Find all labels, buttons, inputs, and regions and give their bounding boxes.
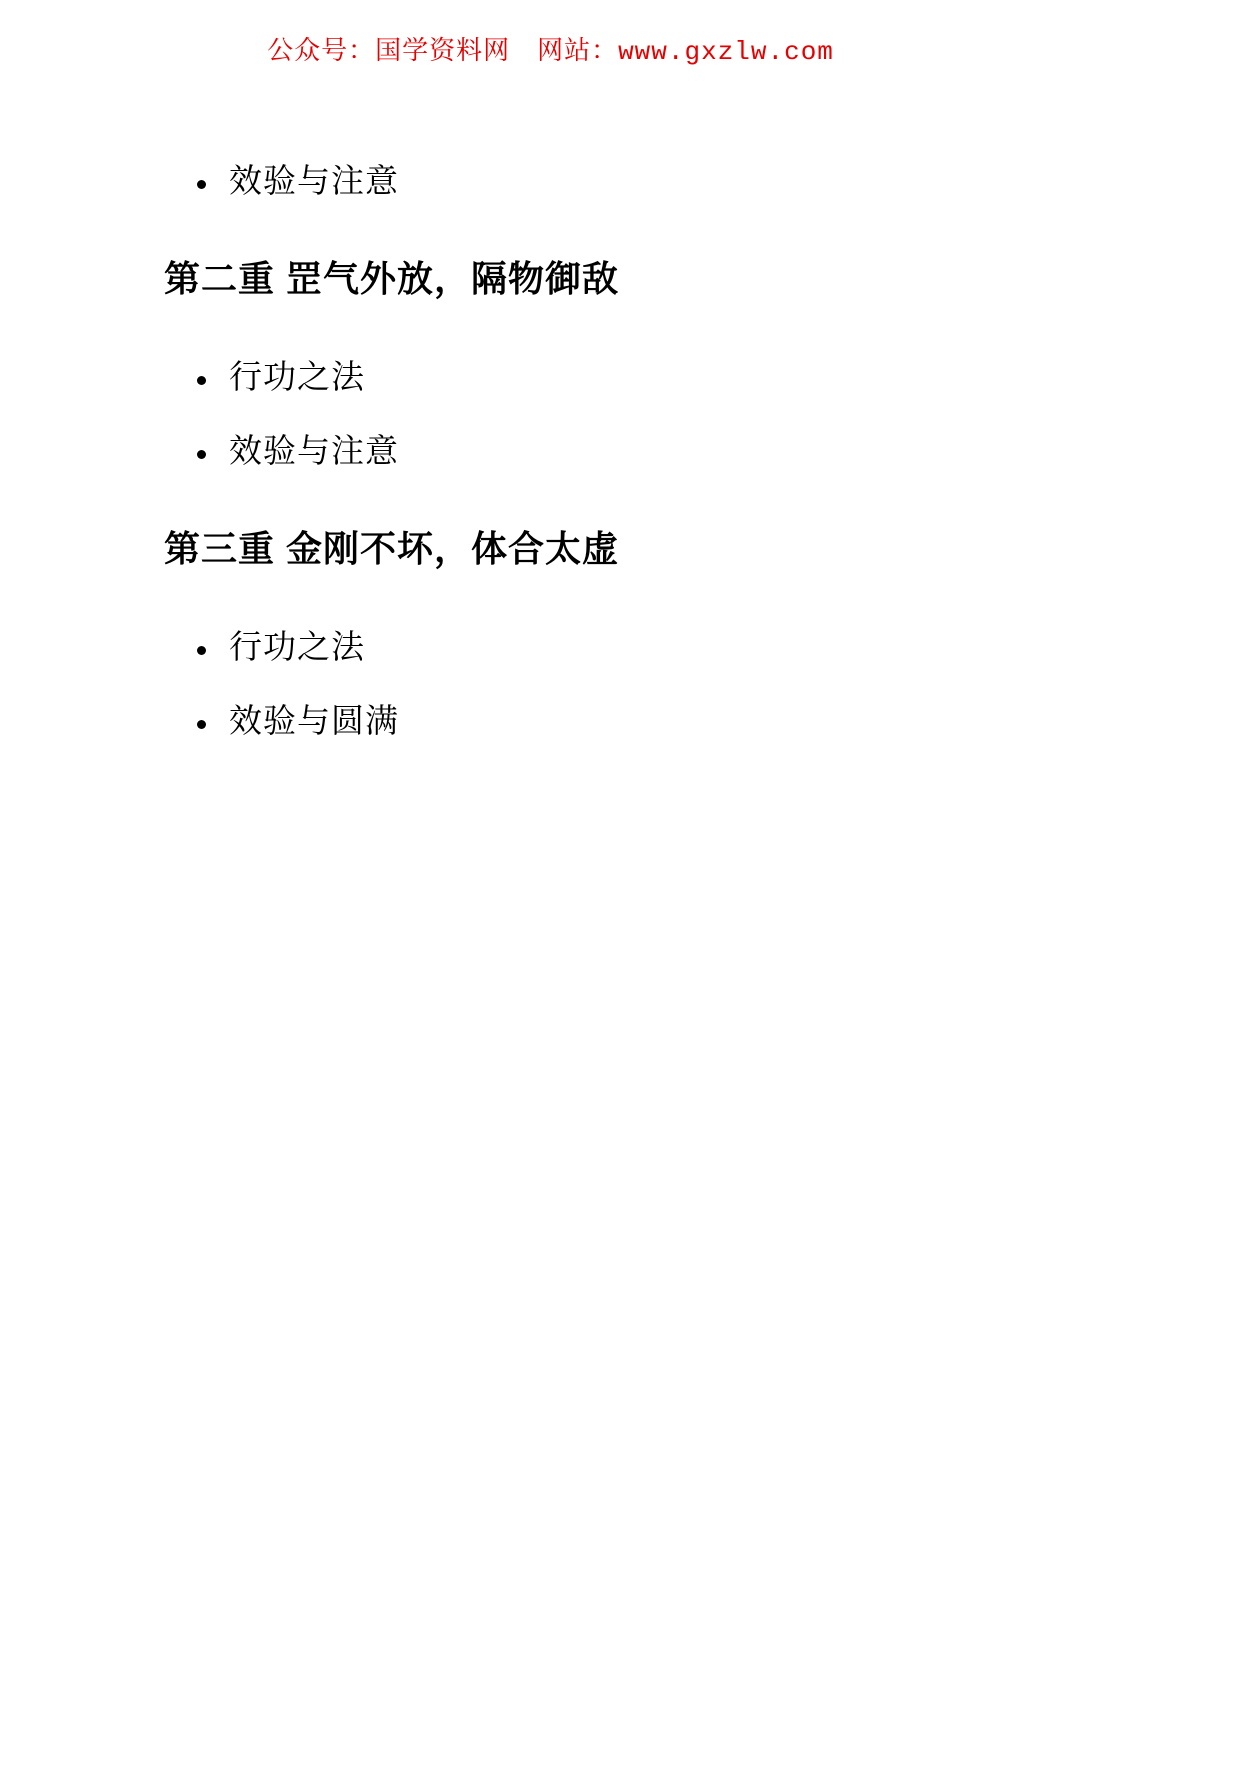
bullet-icon bbox=[197, 646, 206, 655]
document-page: 公众号：国学资料网 网站：www.gxzlw.com 效验与注意 第二重 罡气外… bbox=[0, 0, 1251, 1783]
section-heading: 第三重 金刚不坏，体合太虚 bbox=[164, 527, 1131, 571]
toc-item-label: 行功之法 bbox=[229, 355, 365, 399]
watermark-header: 公众号：国学资料网 网站：www.gxzlw.com bbox=[0, 0, 1251, 69]
toc-item-label: 效验与注意 bbox=[229, 159, 399, 203]
section-heading: 第二重 罡气外放，隔物御敌 bbox=[164, 257, 1131, 301]
toc-item-label: 行功之法 bbox=[229, 625, 365, 669]
toc-item-label: 效验与注意 bbox=[229, 429, 399, 473]
toc-item-label: 效验与圆满 bbox=[229, 699, 399, 743]
toc-bullet-item: 效验与注意 bbox=[164, 159, 1131, 203]
toc-content: 效验与注意 第二重 罡气外放，隔物御敌 行功之法 效验与注意 第三重 金刚不坏，… bbox=[164, 159, 1131, 743]
bullet-icon bbox=[197, 376, 206, 385]
bullet-icon bbox=[197, 450, 206, 459]
bullet-icon bbox=[197, 180, 206, 189]
toc-bullet-item: 效验与注意 bbox=[164, 429, 1131, 473]
toc-bullet-item: 效验与圆满 bbox=[164, 699, 1131, 743]
toc-bullet-item: 行功之法 bbox=[164, 625, 1131, 669]
bullet-icon bbox=[197, 720, 206, 729]
watermark-header-url: www.gxzlw.com bbox=[618, 37, 834, 67]
watermark-header-text: 公众号：国学资料网 网站： bbox=[267, 36, 618, 66]
toc-bullet-item: 行功之法 bbox=[164, 355, 1131, 399]
